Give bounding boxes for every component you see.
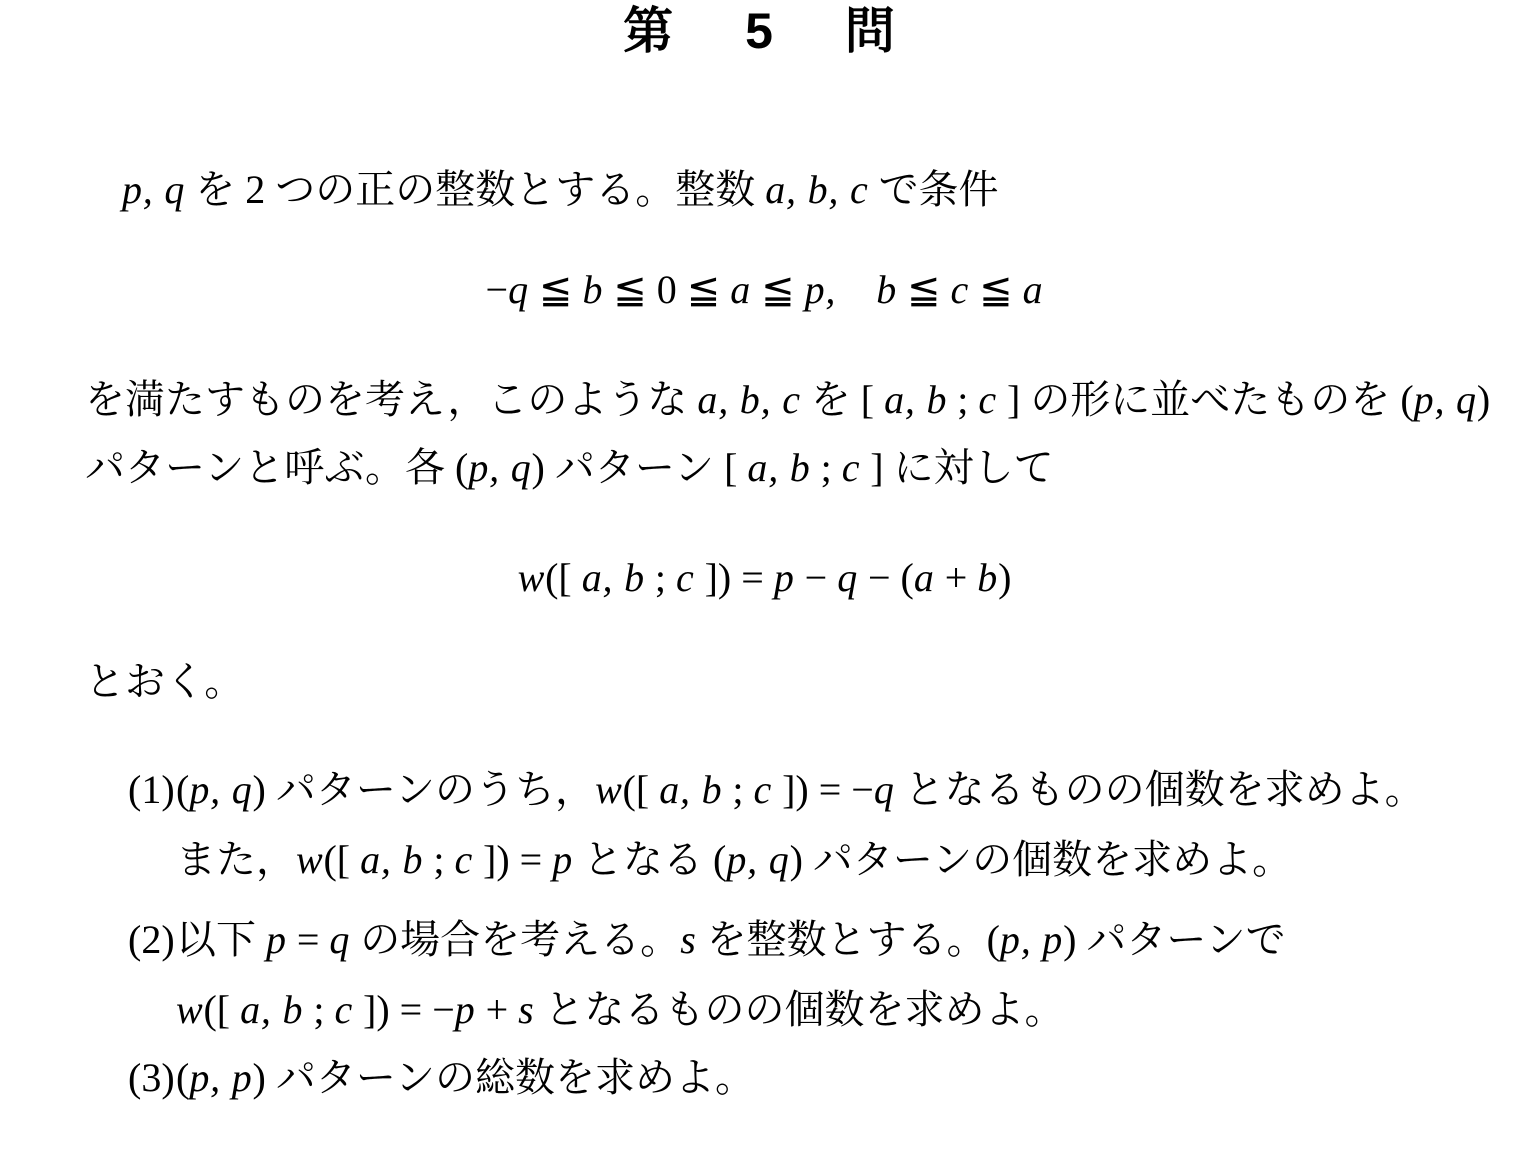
text-segment: b — [977, 555, 998, 600]
text-segment: ]) = — [473, 837, 552, 882]
text-segment: a — [1023, 267, 1044, 312]
text-segment: a, b — [659, 767, 722, 812]
text-segment: q — [329, 917, 350, 962]
text-segment: ≦ — [969, 267, 1023, 312]
text-segment: + — [935, 555, 978, 600]
question-1-line-1: (p, q) パターンのうち，w([ a, b ; c ]) = −q となるも… — [176, 766, 1425, 814]
text-segment: p — [455, 987, 476, 1032]
text-segment: w — [176, 987, 203, 1032]
text-segment: ) — [532, 445, 545, 490]
text-segment: p, p — [1000, 917, 1063, 962]
text-segment: q — [837, 555, 858, 600]
text-segment: − — [486, 267, 509, 312]
text-segment: c — [334, 987, 353, 1032]
condition-formula: −q ≦ b ≦ 0 ≦ a ≦ p, b ≦ c ≦ a — [0, 266, 1529, 314]
text-segment: a, b — [747, 445, 810, 490]
text-segment: の場合を考える。 — [350, 917, 680, 962]
text-segment: − — [795, 555, 838, 600]
text-segment: p, q — [122, 167, 185, 212]
weight-formula: w([ a, b ; c ]) = p − q − (a + b) — [0, 554, 1529, 602]
text-segment: ; — [722, 767, 753, 812]
text-segment: q — [508, 267, 529, 312]
text-segment: を整数とする。 — [697, 917, 987, 962]
text-segment: ( — [713, 837, 726, 882]
text-segment: c — [454, 837, 473, 882]
problem-page: 第 5 問 p, q を 2 つの正の整数とする。整数 a, b, c で条件 … — [0, 0, 1529, 1157]
text-segment: ) — [998, 555, 1011, 600]
problem-title: 第 5 問 — [0, 2, 1529, 60]
text-segment: + — [476, 987, 519, 1032]
text-segment: ) — [253, 767, 266, 812]
text-segment: パターンのうち， — [266, 767, 595, 812]
text-segment: a, b, c — [765, 167, 868, 212]
text-segment: p, q — [189, 767, 252, 812]
text-segment: p, — [805, 267, 837, 312]
text-segment: ≦ — [529, 267, 583, 312]
text-segment: パターン — [545, 445, 724, 490]
text-segment: a — [730, 267, 751, 312]
intro-line-2: を満たすものを考え，このような a, b, c を [ a, b ; c ] の… — [85, 376, 1490, 424]
text-segment: ( — [987, 917, 1000, 962]
text-segment: パターンで — [1076, 917, 1285, 962]
intro-line-1: p, q を 2 つの正の整数とする。整数 a, b, c で条件 — [122, 166, 999, 214]
text-segment: ([ — [323, 837, 360, 882]
text-segment: c — [754, 767, 773, 812]
text-segment: 以下 — [176, 917, 266, 962]
question-1-line-2: また，w([ a, b ; c ]) = p となる (p, q) パターンの個… — [176, 836, 1292, 884]
text-segment: ([ — [203, 987, 240, 1032]
question-3-label: (3) — [128, 1054, 175, 1102]
text-segment: とおく。 — [85, 659, 244, 704]
text-segment: 0 ≦ — [657, 267, 731, 312]
text-segment: ] — [997, 377, 1020, 422]
text-segment: [ — [861, 377, 884, 422]
text-segment: p — [774, 555, 795, 600]
text-segment: を 2 つの正の整数とする。整数 — [185, 167, 765, 212]
text-segment: ≦ — [751, 267, 805, 312]
text-segment: ≦ — [603, 267, 657, 312]
text-segment: ) — [790, 837, 803, 882]
text-segment: b — [876, 267, 897, 312]
text-segment: ( — [176, 1055, 189, 1100]
text-segment: また， — [176, 837, 296, 882]
text-segment: a, b — [582, 555, 645, 600]
text-segment: q — [874, 767, 895, 812]
text-segment: となる — [573, 837, 713, 882]
text-segment: − ( — [858, 555, 914, 600]
text-segment: p — [266, 917, 287, 962]
text-segment: b — [582, 267, 603, 312]
question-2-label: (2) — [128, 916, 175, 964]
text-segment: パターンと呼ぶ。各 — [85, 445, 455, 490]
text-segment: ≦ — [897, 267, 951, 312]
text-segment: ; — [645, 555, 676, 600]
text-segment: p — [552, 837, 573, 882]
text-segment: p, q — [726, 837, 789, 882]
text-segment: ( — [1400, 377, 1413, 422]
text-segment: を — [801, 377, 861, 422]
text-segment — [836, 267, 876, 312]
text-segment: a, b — [240, 987, 303, 1032]
text-segment: ]) = − — [353, 987, 455, 1032]
text-segment: ( — [176, 767, 189, 812]
question-2-line-1: 以下 p = q の場合を考える。s を整数とする。(p, p) パターンで — [176, 916, 1286, 964]
text-segment: ; — [811, 445, 842, 490]
text-segment: c — [676, 555, 695, 600]
text-segment: ] — [860, 445, 883, 490]
text-segment: ; — [303, 987, 334, 1032]
text-segment: で条件 — [869, 167, 999, 212]
text-segment: a — [914, 555, 935, 600]
text-segment: p, q — [468, 445, 531, 490]
text-segment: に対して — [884, 445, 1054, 490]
text-segment: = — [287, 917, 330, 962]
question-1-label: (1) — [128, 766, 175, 814]
text-segment: w — [518, 555, 545, 600]
text-segment: の形に並べたものを — [1020, 377, 1400, 422]
text-segment: パターンの個数を求めよ。 — [803, 837, 1292, 882]
text-segment: s — [680, 917, 696, 962]
text-segment: ]) = − — [772, 767, 874, 812]
text-segment: c — [978, 377, 997, 422]
text-segment: ( — [455, 445, 468, 490]
text-segment: w — [296, 837, 323, 882]
text-segment: w — [595, 767, 622, 812]
text-segment: s — [518, 987, 534, 1032]
text-segment: a, b, c — [697, 377, 800, 422]
text-segment: a, b — [360, 837, 423, 882]
text-segment: [ — [724, 445, 747, 490]
text-segment: ; — [423, 837, 454, 882]
text-segment: a, b — [884, 377, 947, 422]
text-segment: c — [951, 267, 970, 312]
text-segment: ) — [1477, 377, 1490, 422]
text-segment: ) — [253, 1055, 266, 1100]
text-segment: となるものの個数を求めよ。 — [895, 767, 1425, 812]
intro-line-4: とおく。 — [85, 658, 244, 706]
text-segment: パターンの総数を求めよ。 — [266, 1055, 755, 1100]
text-segment: p, q — [1414, 377, 1477, 422]
question-3-line-1: (p, p) パターンの総数を求めよ。 — [176, 1054, 755, 1102]
text-segment: ) — [1063, 917, 1076, 962]
question-2-line-2: w([ a, b ; c ]) = −p + s となるものの個数を求めよ。 — [176, 986, 1065, 1034]
text-segment: ]) = — [695, 555, 774, 600]
text-segment: となるものの個数を求めよ。 — [535, 987, 1065, 1032]
text-segment: p, p — [189, 1055, 252, 1100]
text-segment: c — [842, 445, 861, 490]
intro-line-3: パターンと呼ぶ。各 (p, q) パターン [ a, b ; c ] に対して — [85, 444, 1054, 492]
text-segment: ([ — [623, 767, 660, 812]
text-segment: ; — [947, 377, 978, 422]
text-segment: ([ — [545, 555, 582, 600]
text-segment: を満たすものを考え，このような — [85, 377, 697, 422]
